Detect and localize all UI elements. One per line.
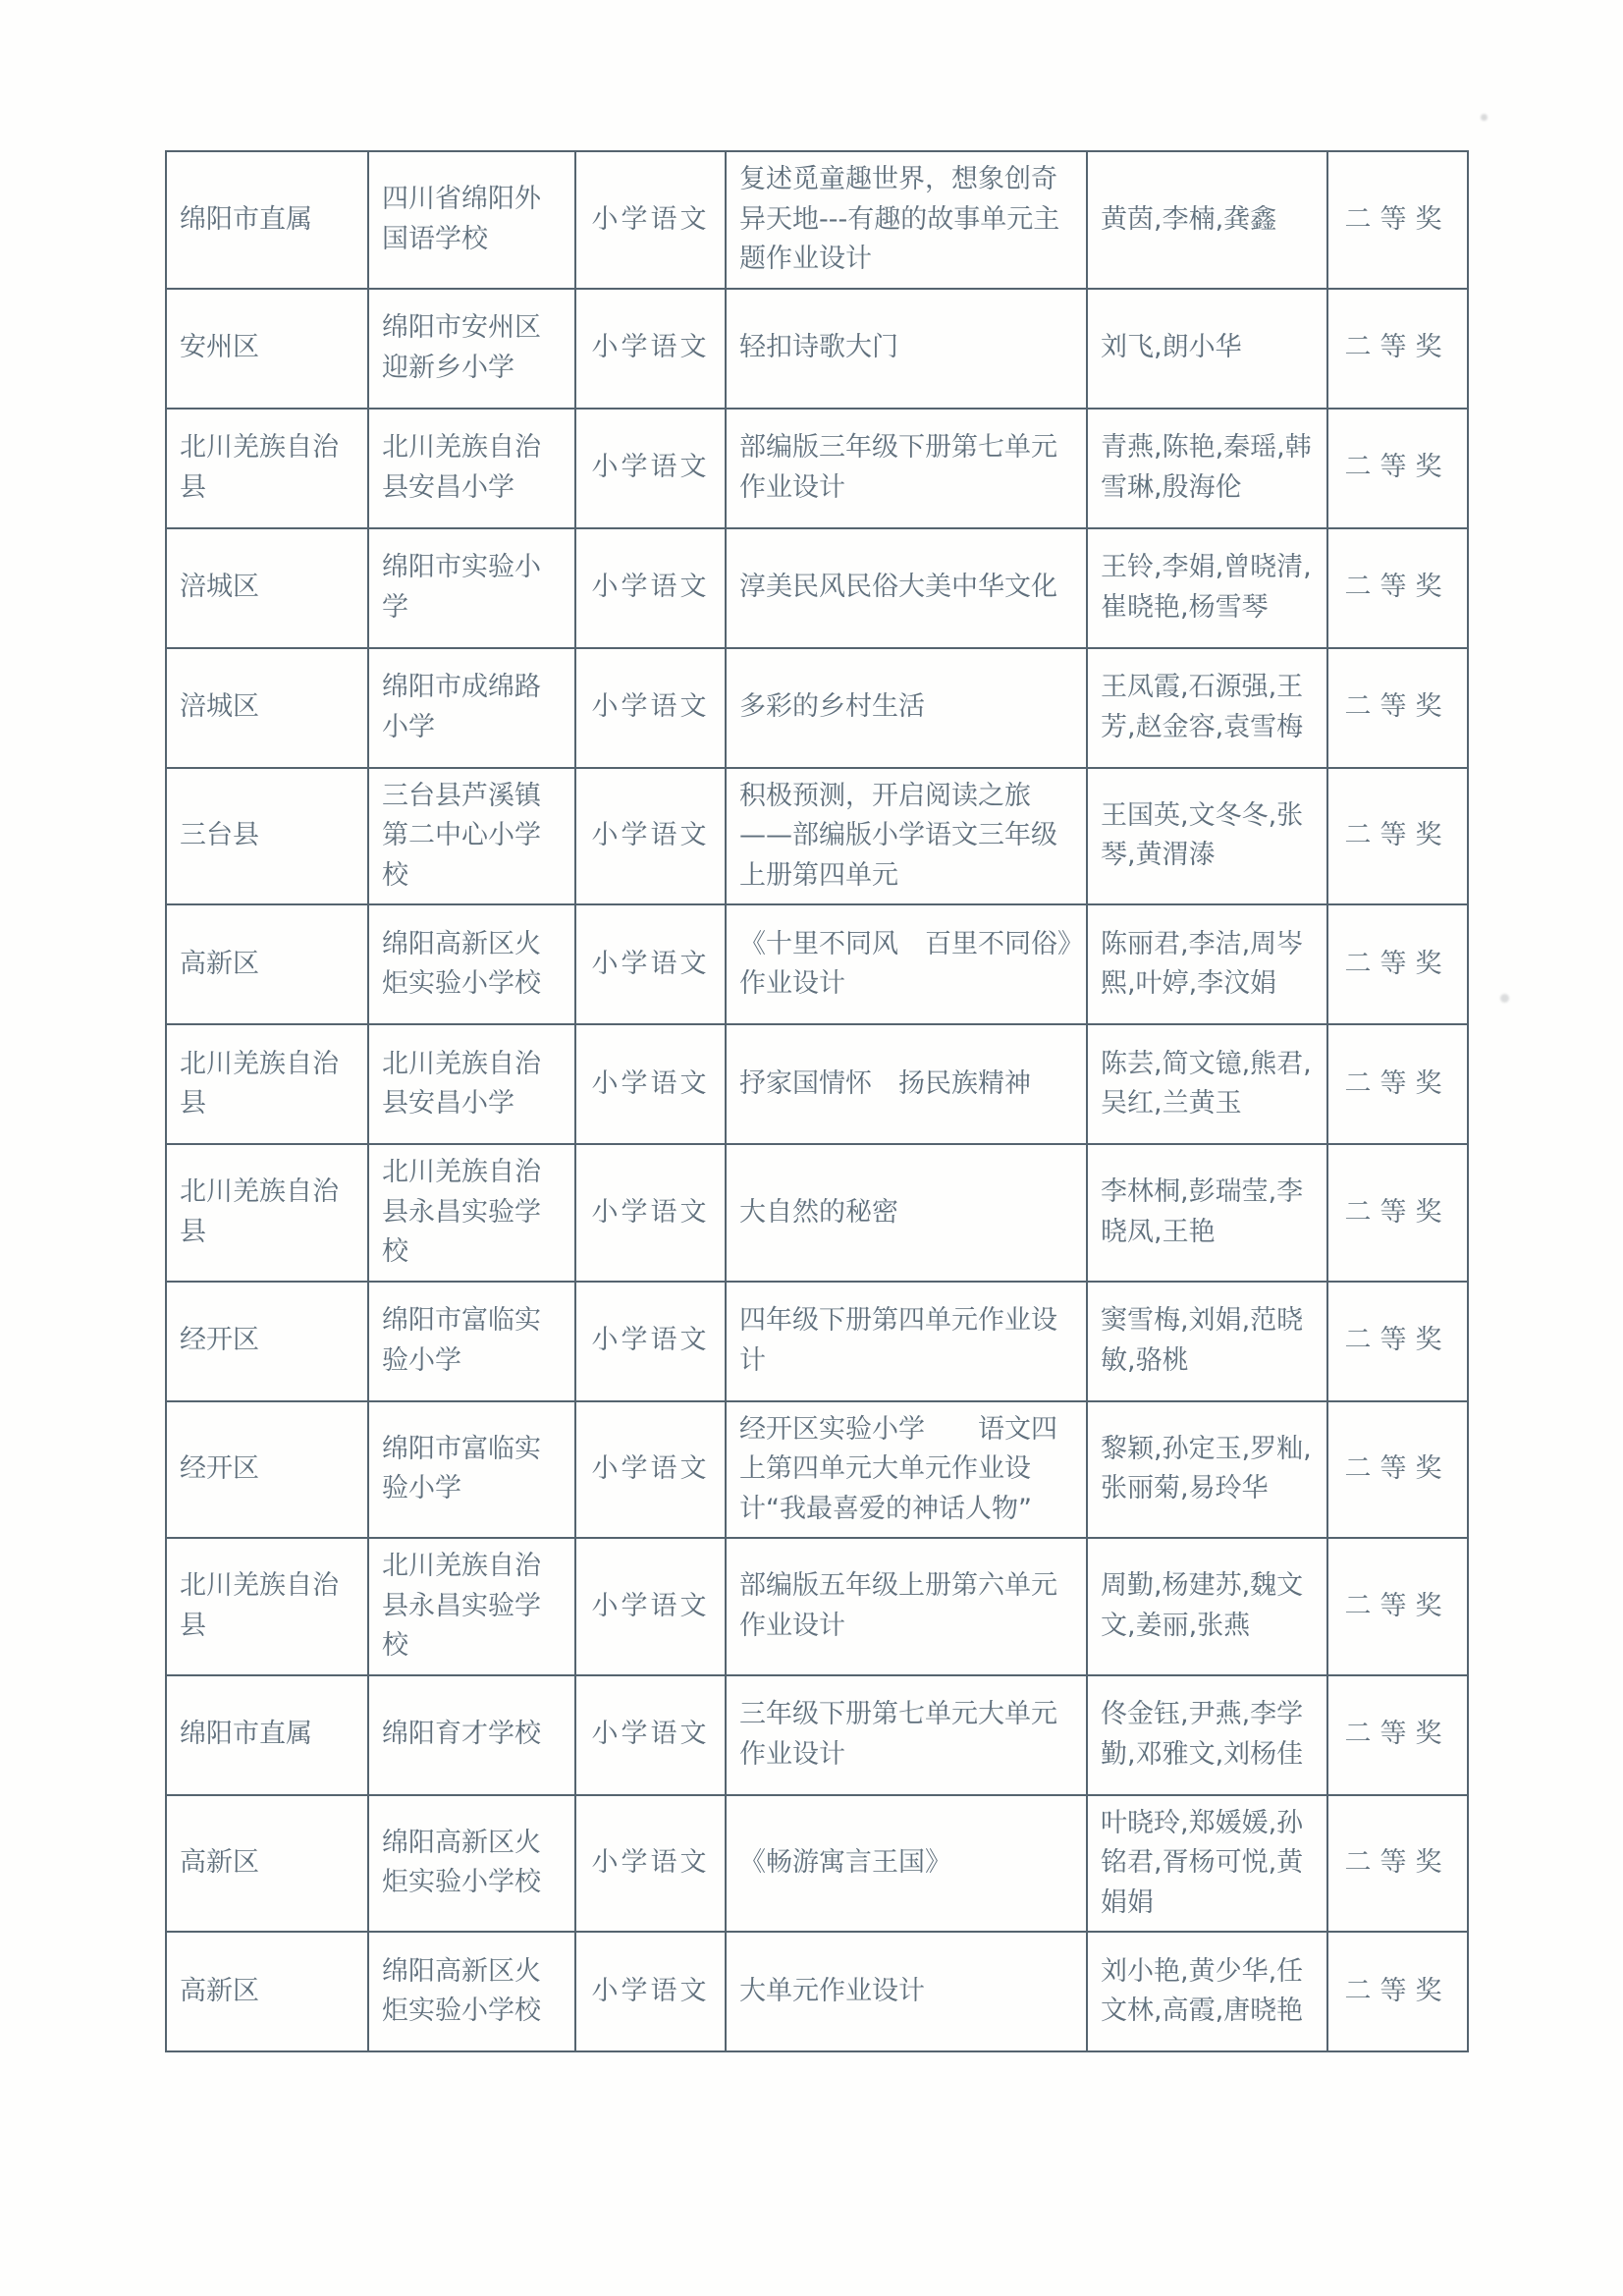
cell-district: 三台县 [166,768,368,905]
cell-subject: 小学语文 [575,151,726,289]
cell-names: 王凤霞,石源强,王芳,赵金容,袁雪梅 [1087,648,1327,768]
cell-subject: 小学语文 [575,1401,726,1539]
award-table-body: 绵阳市直属四川省绵阳外国语学校小学语文复述觅童趣世界，想象创奇异天地---有趣的… [166,151,1468,2051]
table-row: 北川羌族自治县北川羌族自治县安昌小学小学语文抒家国情怀 扬民族精神陈芸,简文镱,… [166,1024,1468,1144]
cell-school: 绵阳高新区火炬实验小学校 [368,1795,575,1933]
scan-artifact-dot [1500,994,1509,1003]
cell-school: 北川羌族自治县安昌小学 [368,1024,575,1144]
cell-school: 绵阳市成绵路小学 [368,648,575,768]
cell-title: 部编版三年级下册第七单元作业设计 [726,409,1087,528]
cell-names: 窦雪梅,刘娟,范晓敏,骆桃 [1087,1282,1327,1401]
cell-district: 绵阳市直属 [166,1675,368,1795]
cell-title: 抒家国情怀 扬民族精神 [726,1024,1087,1144]
table-row: 三台县三台县芦溪镇第二中心小学校小学语文积极预测，开启阅读之旅——部编版小学语文… [166,768,1468,905]
cell-title: 淳美民风民俗大美中华文化 [726,528,1087,648]
cell-subject: 小学语文 [575,1144,726,1282]
cell-award: 二等奖 [1327,1144,1468,1282]
cell-subject: 小学语文 [575,768,726,905]
cell-district: 经开区 [166,1282,368,1401]
cell-school: 三台县芦溪镇第二中心小学校 [368,768,575,905]
cell-district: 经开区 [166,1401,368,1539]
cell-school: 绵阳高新区火炬实验小学校 [368,904,575,1024]
cell-subject: 小学语文 [575,1538,726,1675]
table-row: 经开区绵阳市富临实验小学小学语文经开区实验小学 语文四上第四单元大单元作业设计“… [166,1401,1468,1539]
cell-subject: 小学语文 [575,1795,726,1933]
scanned-page: 绵阳市直属四川省绵阳外国语学校小学语文复述觅童趣世界，想象创奇异天地---有趣的… [0,0,1623,2296]
cell-award: 二等奖 [1327,1282,1468,1401]
table-row: 绵阳市直属四川省绵阳外国语学校小学语文复述觅童趣世界，想象创奇异天地---有趣的… [166,151,1468,289]
cell-subject: 小学语文 [575,1675,726,1795]
cell-award: 二等奖 [1327,409,1468,528]
cell-names: 李林桐,彭瑞莹,李晓凤,王艳 [1087,1144,1327,1282]
cell-award: 二等奖 [1327,768,1468,905]
cell-subject: 小学语文 [575,1024,726,1144]
cell-subject: 小学语文 [575,528,726,648]
cell-award: 二等奖 [1327,1024,1468,1144]
table-row: 涪城区绵阳市实验小学小学语文淳美民风民俗大美中华文化王铃,李娟,曾晓清,崔晓艳,… [166,528,1468,648]
cell-title: 大自然的秘密 [726,1144,1087,1282]
cell-district: 绵阳市直属 [166,151,368,289]
cell-subject: 小学语文 [575,409,726,528]
table-row: 北川羌族自治县北川羌族自治县永昌实验学校小学语文部编版五年级上册第六单元作业设计… [166,1538,1468,1675]
cell-school: 绵阳市富临实验小学 [368,1282,575,1401]
cell-title: 大单元作业设计 [726,1932,1087,2051]
cell-district: 高新区 [166,1795,368,1933]
table-row: 高新区绵阳高新区火炬实验小学校小学语文大单元作业设计刘小艳,黄少华,任文林,高霞… [166,1932,1468,2051]
cell-subject: 小学语文 [575,1282,726,1401]
cell-award: 二等奖 [1327,648,1468,768]
cell-names: 黄茵,李楠,龚鑫 [1087,151,1327,289]
cell-title: 部编版五年级上册第六单元作业设计 [726,1538,1087,1675]
cell-district: 北川羌族自治县 [166,1024,368,1144]
cell-title: 《十里不同风 百里不同俗》作业设计 [726,904,1087,1024]
table-row: 经开区绵阳市富临实验小学小学语文四年级下册第四单元作业设计窦雪梅,刘娟,范晓敏,… [166,1282,1468,1401]
cell-school: 北川羌族自治县永昌实验学校 [368,1144,575,1282]
cell-school: 绵阳市实验小学 [368,528,575,648]
cell-names: 陈芸,简文镱,熊君,吴红,兰黄玉 [1087,1024,1327,1144]
cell-school: 四川省绵阳外国语学校 [368,151,575,289]
cell-names: 刘小艳,黄少华,任文林,高霞,唐晓艳 [1087,1932,1327,2051]
cell-award: 二等奖 [1327,151,1468,289]
cell-title: 四年级下册第四单元作业设计 [726,1282,1087,1401]
cell-district: 北川羌族自治县 [166,409,368,528]
cell-school: 北川羌族自治县安昌小学 [368,409,575,528]
cell-title: 积极预测，开启阅读之旅——部编版小学语文三年级上册第四单元 [726,768,1087,905]
cell-title: 多彩的乡村生活 [726,648,1087,768]
cell-school: 北川羌族自治县永昌实验学校 [368,1538,575,1675]
cell-subject: 小学语文 [575,904,726,1024]
cell-names: 王国英,文冬冬,张琴,黄渭溙 [1087,768,1327,905]
cell-district: 高新区 [166,904,368,1024]
cell-title: 三年级下册第七单元大单元作业设计 [726,1675,1087,1795]
table-row: 北川羌族自治县北川羌族自治县永昌实验学校小学语文大自然的秘密李林桐,彭瑞莹,李晓… [166,1144,1468,1282]
cell-district: 涪城区 [166,648,368,768]
cell-names: 黎颖,孙定玉,罗籼,张丽菊,易玲华 [1087,1401,1327,1539]
cell-award: 二等奖 [1327,904,1468,1024]
cell-names: 青燕,陈艳,秦瑶,韩雪琳,殷海伦 [1087,409,1327,528]
cell-award: 二等奖 [1327,1795,1468,1933]
cell-award: 二等奖 [1327,1401,1468,1539]
cell-award: 二等奖 [1327,528,1468,648]
scan-artifact-dot [1481,114,1488,121]
table-row: 高新区绵阳高新区火炬实验小学校小学语文《十里不同风 百里不同俗》作业设计陈丽君,… [166,904,1468,1024]
cell-district: 高新区 [166,1932,368,2051]
cell-award: 二等奖 [1327,1675,1468,1795]
cell-award: 二等奖 [1327,1538,1468,1675]
cell-title: 经开区实验小学 语文四上第四单元大单元作业设计“我最喜爱的神话人物” [726,1401,1087,1539]
cell-award: 二等奖 [1327,289,1468,409]
award-table: 绵阳市直属四川省绵阳外国语学校小学语文复述觅童趣世界，想象创奇异天地---有趣的… [165,150,1469,2052]
cell-names: 周勤,杨建苏,魏文文,姜丽,张燕 [1087,1538,1327,1675]
cell-subject: 小学语文 [575,1932,726,2051]
table-row: 涪城区绵阳市成绵路小学小学语文多彩的乡村生活王凤霞,石源强,王芳,赵金容,袁雪梅… [166,648,1468,768]
cell-names: 陈丽君,李洁,周岑熙,叶婷,李汶娟 [1087,904,1327,1024]
cell-names: 刘飞,朗小华 [1087,289,1327,409]
cell-district: 涪城区 [166,528,368,648]
cell-subject: 小学语文 [575,289,726,409]
cell-district: 北川羌族自治县 [166,1144,368,1282]
cell-school: 绵阳市富临实验小学 [368,1401,575,1539]
cell-subject: 小学语文 [575,648,726,768]
cell-title: 《畅游寓言王国》 [726,1795,1087,1933]
cell-title: 复述觅童趣世界，想象创奇异天地---有趣的故事单元主题作业设计 [726,151,1087,289]
cell-names: 佟金钰,尹燕,李学勤,邓雅文,刘杨佳 [1087,1675,1327,1795]
cell-district: 北川羌族自治县 [166,1538,368,1675]
cell-title: 轻扣诗歌大门 [726,289,1087,409]
cell-school: 绵阳市安州区迎新乡小学 [368,289,575,409]
cell-school: 绵阳高新区火炬实验小学校 [368,1932,575,2051]
cell-award: 二等奖 [1327,1932,1468,2051]
cell-district: 安州区 [166,289,368,409]
table-row: 安州区绵阳市安州区迎新乡小学小学语文轻扣诗歌大门刘飞,朗小华二等奖 [166,289,1468,409]
cell-names: 王铃,李娟,曾晓清,崔晓艳,杨雪琴 [1087,528,1327,648]
table-row: 绵阳市直属绵阳育才学校小学语文三年级下册第七单元大单元作业设计佟金钰,尹燕,李学… [166,1675,1468,1795]
cell-school: 绵阳育才学校 [368,1675,575,1795]
table-row: 北川羌族自治县北川羌族自治县安昌小学小学语文部编版三年级下册第七单元作业设计青燕… [166,409,1468,528]
table-row: 高新区绵阳高新区火炬实验小学校小学语文《畅游寓言王国》叶晓玲,郑媛媛,孙铭君,胥… [166,1795,1468,1933]
cell-names: 叶晓玲,郑媛媛,孙铭君,胥杨可悦,黄娟娟 [1087,1795,1327,1933]
